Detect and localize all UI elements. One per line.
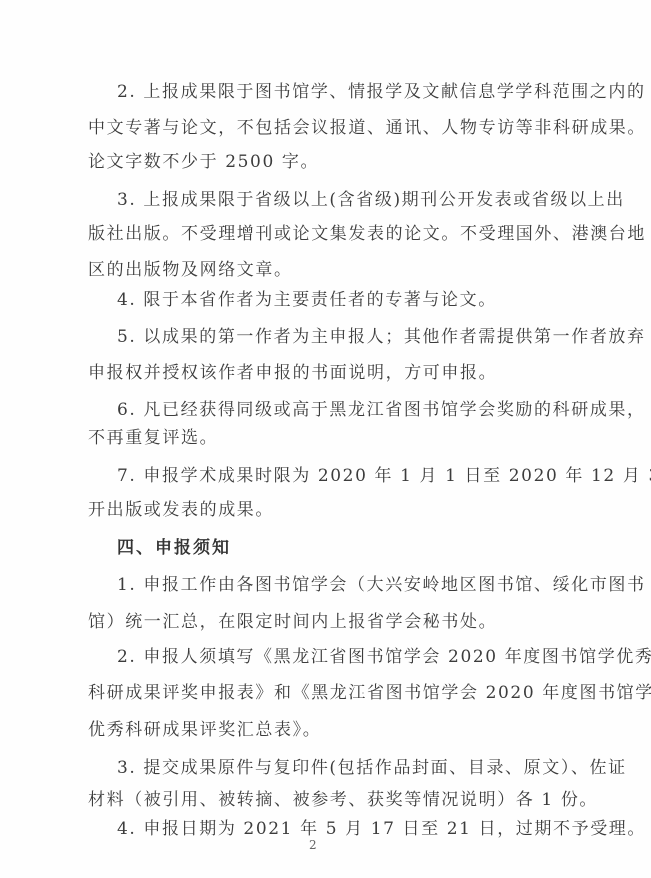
- notice-2-line-3: 优秀科研成果评奖汇总表》。: [88, 719, 321, 741]
- scan-speck: [191, 430, 193, 432]
- notice-1-line-1: 1. 申报工作由各图书馆学会（大兴安岭地区图书馆、绥化市图书: [117, 574, 646, 596]
- rule-3-line-3: 区的出版物及网络文章。: [88, 259, 293, 281]
- rule-4-line-1: 4. 限于本省作者为主要责任者的专著与论文。: [117, 289, 497, 311]
- rule-6-line-1: 6. 凡已经获得同级或高于黑龙江省图书馆学会奖励的科研成果，: [117, 399, 646, 421]
- rule-3-line-1: 3. 上报成果限于省级以上(含省级)期刊公开发表或省级以上出: [117, 189, 625, 211]
- notice-3-line-2: 材料（被引用、被转摘、被参考、获奖等情况说明）各 1 份。: [88, 789, 598, 811]
- notice-1-line-2: 馆）统一汇总，在限定时间内上报省学会秘书处。: [88, 611, 497, 633]
- rule-5-line-2: 申报权并授权该作者申报的书面说明，方可申报。: [88, 362, 497, 384]
- notice-2-line-2: 科研成果评奖申报表》和《黑龙江省图书馆学会 2020 年度图书馆学: [88, 682, 651, 704]
- rule-2-line-3: 论文字数不少于 2500 字。: [88, 151, 319, 173]
- rule-5-line-1: 5. 以成果的第一作者为主申报人；其他作者需提供第一作者放弃: [117, 326, 646, 348]
- rule-6-line-2: 不再重复评选。: [88, 427, 218, 449]
- section-heading-4: 四、申报须知: [117, 537, 231, 559]
- notice-4-line-1: 4. 申报日期为 2021 年 5 月 17 日至 21 日，过期不予受理。: [117, 818, 646, 840]
- notice-2-line-1: 2. 申报人须填写《黑龙江省图书馆学会 2020 年度图书馆学优秀: [117, 646, 651, 668]
- rule-2-line-1: 2. 上报成果限于图书馆学、情报学及文献信息学学科范围之内的: [117, 81, 646, 103]
- page-number: 2: [309, 838, 317, 852]
- rule-3-line-2: 版社出版。不受理增刊或论文集发表的论文。不受理国外、港澳台地: [88, 223, 646, 245]
- rule-2-line-2: 中文专著与论文，不包括会议报道、通讯、人物专访等非科研成果。: [88, 117, 646, 139]
- scan-speck: [362, 692, 364, 694]
- rule-7-line-1: 7. 申报学术成果时限为 2020 年 1 月 1 日至 2020 年 12 月…: [117, 465, 651, 487]
- document-page: 2. 上报成果限于图书馆学、情报学及文献信息学学科范围之内的 中文专著与论文，不…: [0, 0, 651, 878]
- rule-7-line-2: 开出版或发表的成果。: [88, 499, 274, 521]
- notice-3-line-1: 3. 提交成果原件与复印件(包括作品封面、目录、原文）、佐证: [117, 757, 627, 779]
